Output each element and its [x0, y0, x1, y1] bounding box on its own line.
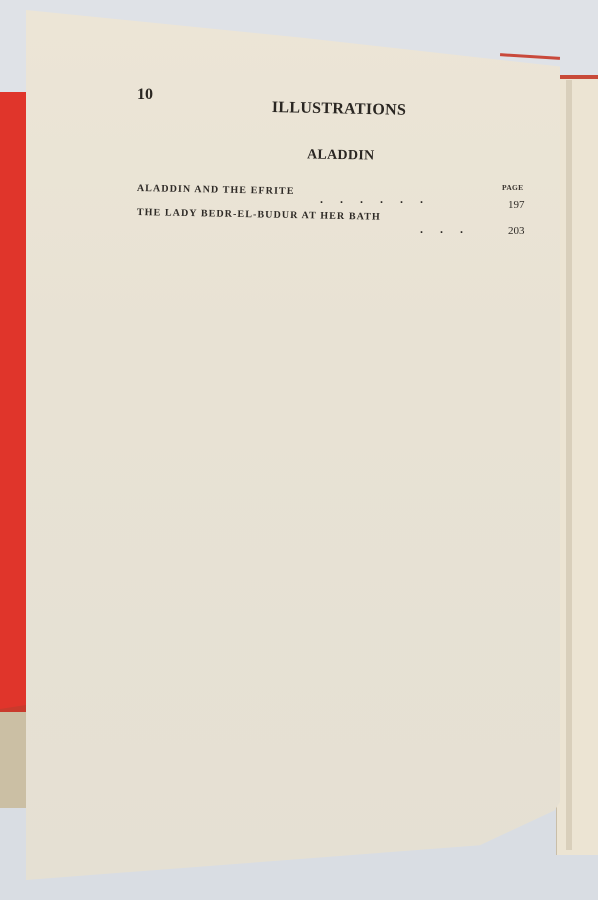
page-number: 10: [137, 86, 153, 104]
book-cover-red: [0, 92, 26, 712]
book-gutter-shadow: [566, 80, 572, 850]
book-page: [26, 10, 560, 880]
running-head: ILLUSTRATIONS: [272, 99, 407, 120]
page-column-label: PAGE: [502, 183, 523, 192]
illustration-page-ref: 203: [508, 225, 525, 237]
book-edge-red: [556, 75, 598, 79]
section-title: ALADDIN: [307, 147, 375, 164]
dot-leader: ...: [420, 222, 480, 237]
illustration-page-ref: 197: [508, 199, 525, 211]
book-board: [0, 712, 26, 808]
page-top-edge-stain: [500, 53, 560, 60]
dot-leader: ......: [320, 192, 440, 207]
book-back-pages: [556, 75, 598, 855]
